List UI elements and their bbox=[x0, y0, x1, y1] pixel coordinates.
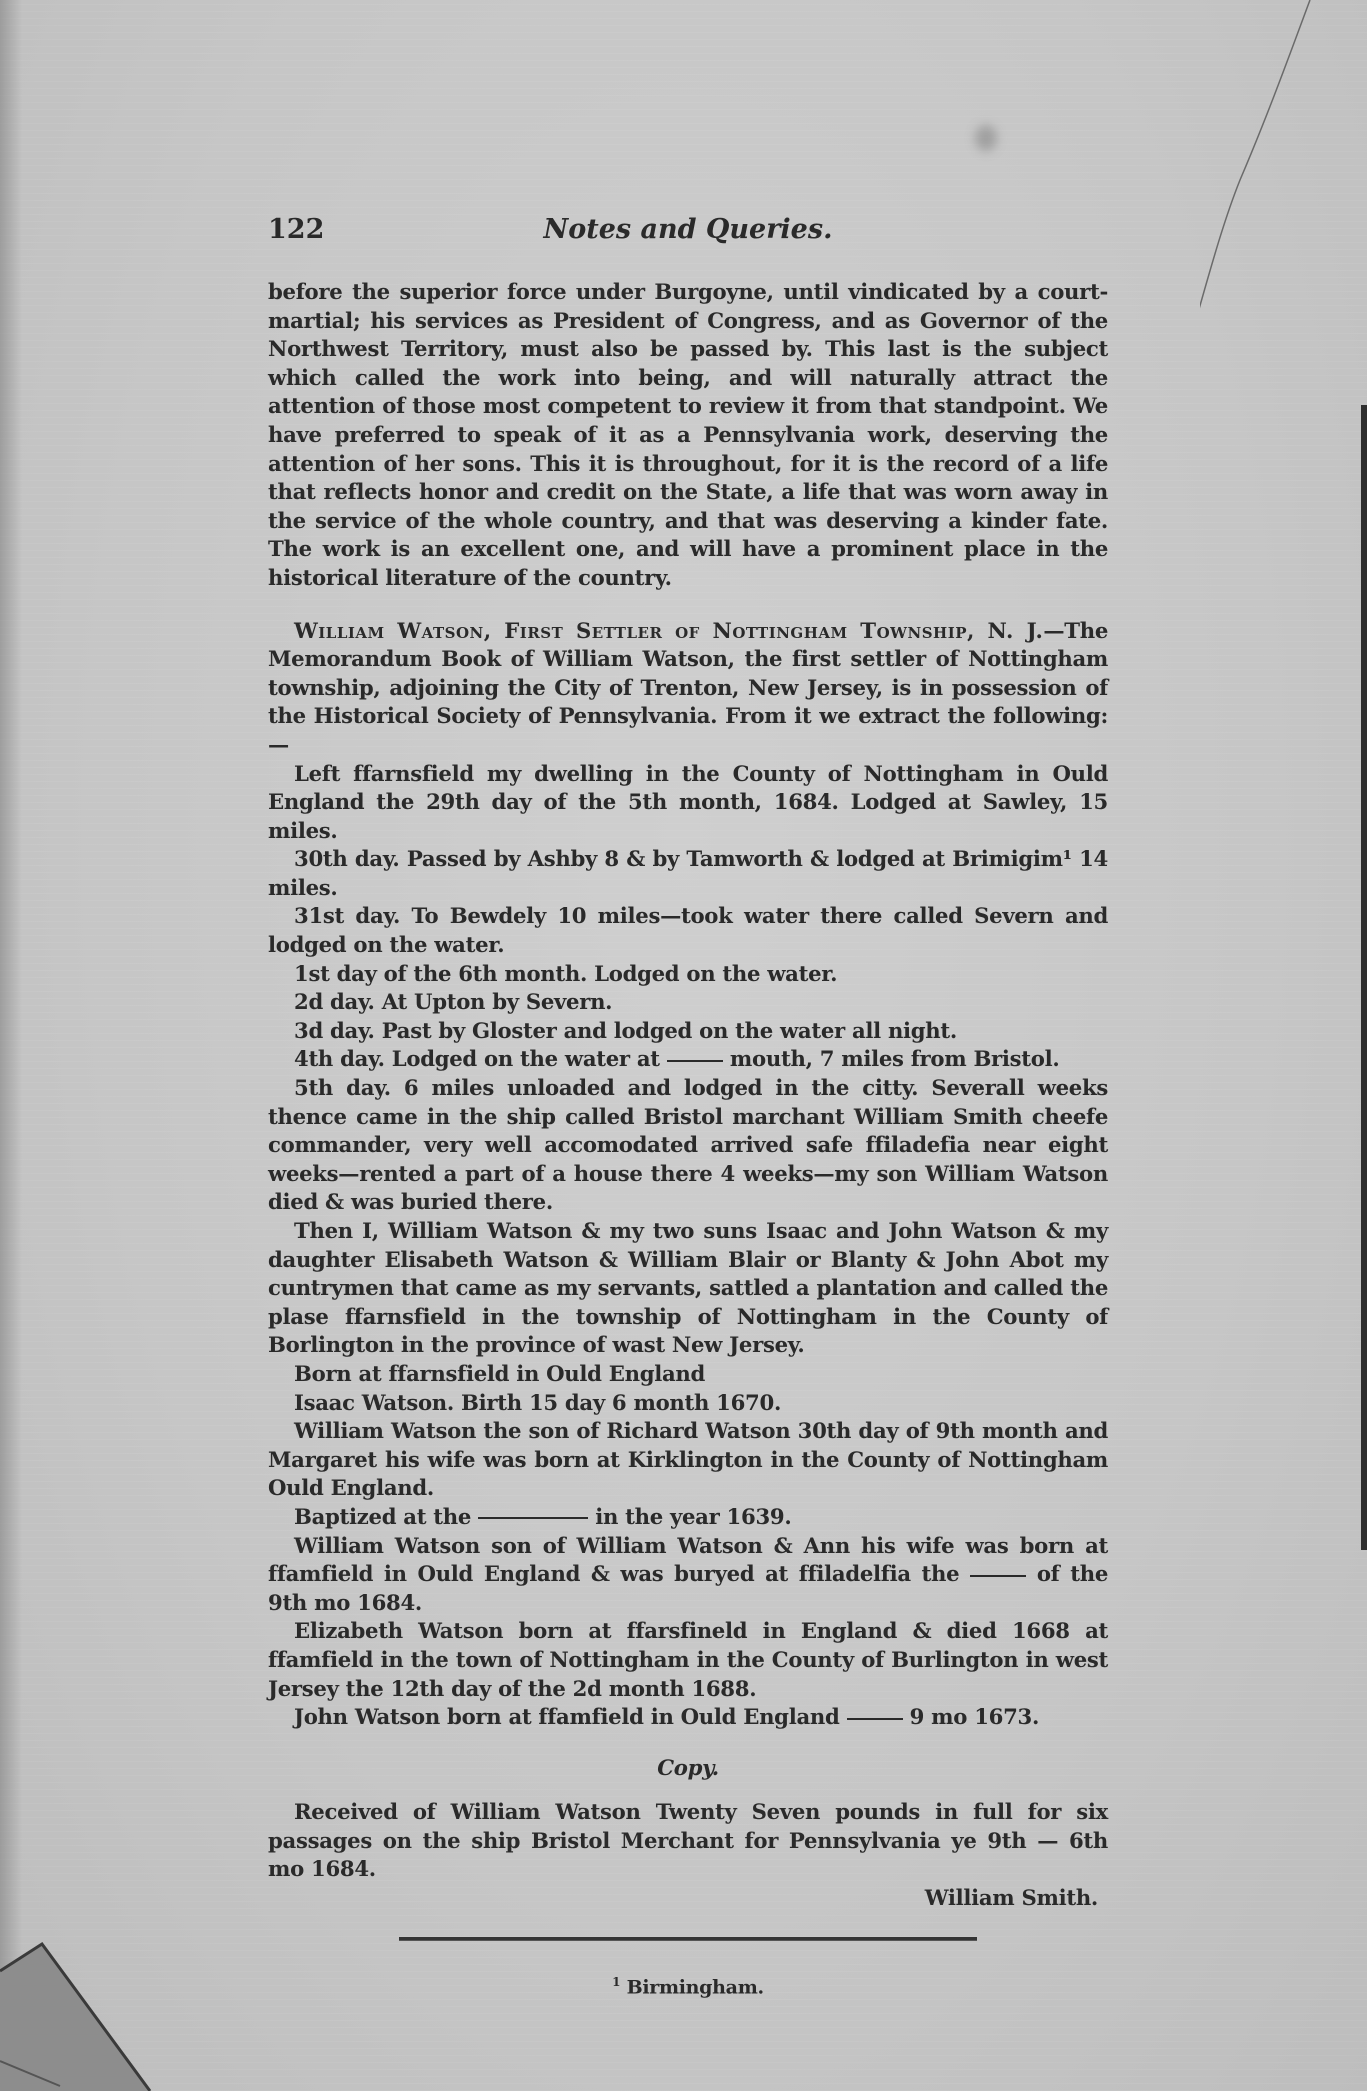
ink-smudge bbox=[975, 125, 997, 151]
diary-entry: William Watson son of William Watson & A… bbox=[268, 1532, 1108, 1618]
running-head: 122 Notes and Queries. bbox=[268, 210, 1108, 260]
footnote: 1 Birmingham. bbox=[268, 1968, 1108, 2002]
receipt-text: Received of William Watson Twenty Seven … bbox=[268, 1798, 1108, 1884]
diary-entry: John Watson born at ffamfield in Ould En… bbox=[268, 1703, 1108, 1732]
diary-entry: 4th day. Lodged on the water at mouth, 7… bbox=[268, 1045, 1108, 1074]
page-edge-shadow bbox=[1361, 405, 1367, 1550]
review-paragraph: before the superior force under Burgoyne… bbox=[268, 278, 1108, 593]
diary-entry: 2d day. At Upton by Severn. bbox=[268, 988, 1108, 1017]
blank-line bbox=[847, 1718, 903, 1720]
scan-left-shadow bbox=[0, 0, 22, 2091]
diary-entry: 5th day. 6 miles unloaded and lodged in … bbox=[268, 1074, 1108, 1217]
footnote-text: Birmingham. bbox=[627, 1976, 764, 1998]
signature: William Smith. bbox=[268, 1884, 1108, 1913]
footnote-rule bbox=[399, 1937, 977, 1940]
body-text: before the superior force under Burgoyne… bbox=[268, 278, 1108, 2002]
thumb-shadow bbox=[0, 1871, 220, 2091]
diary-entry: Baptized at the in the year 1639. bbox=[268, 1503, 1108, 1532]
diary-entry: 1st day of the 6th month. Lodged on the … bbox=[268, 960, 1108, 989]
blank-line bbox=[667, 1060, 723, 1062]
diary-entry: Born at ffarnsfield in Ould England bbox=[268, 1360, 1108, 1389]
footnote-marker: 1 bbox=[612, 1975, 620, 1989]
blank-line bbox=[478, 1517, 588, 1519]
diary-entry: Elizabeth Watson born at ffarsfineld in … bbox=[268, 1617, 1108, 1703]
diary-entry: Left ffarnsfield my dwelling in the Coun… bbox=[268, 760, 1108, 846]
article-heading: William Watson, First Settler of Notting… bbox=[294, 618, 1043, 643]
article-intro: William Watson, First Settler of Notting… bbox=[268, 617, 1108, 760]
diary-entry: 3d day. Past by Gloster and lodged on th… bbox=[268, 1017, 1108, 1046]
journal-title: Notes and Queries. bbox=[268, 214, 1108, 245]
diary-entry: Then I, William Watson & my two suns Isa… bbox=[268, 1217, 1108, 1360]
diary-entry: Isaac Watson. Birth 15 day 6 month 1670. bbox=[268, 1389, 1108, 1418]
diary-entry: 30th day. Passed by Ashby 8 & by Tamwort… bbox=[268, 845, 1108, 902]
copy-title: Copy. bbox=[268, 1754, 1108, 1783]
paper-crease bbox=[1200, 0, 1367, 370]
document-page: 122 Notes and Queries. before the superi… bbox=[268, 210, 1108, 2002]
blank-line bbox=[970, 1575, 1026, 1577]
diary-entry: 31st day. To Bewdely 10 miles—took water… bbox=[268, 902, 1108, 959]
diary-entry: William Watson the son of Richard Watson… bbox=[268, 1417, 1108, 1503]
